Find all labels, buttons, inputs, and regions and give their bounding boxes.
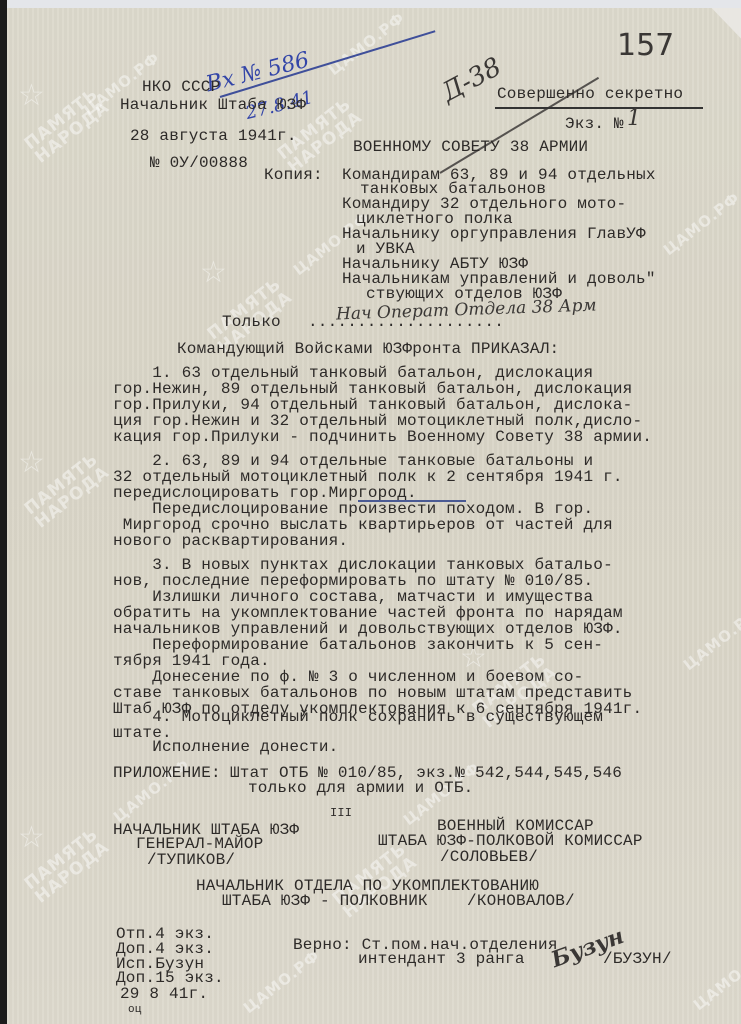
copy-label: Копия: [264, 166, 323, 184]
document-date: 28 августа 1941г. [130, 127, 297, 145]
org-line-1: НКО СССР [142, 78, 220, 96]
document-number: № 0У/00888 [150, 154, 248, 172]
scan-border-top [0, 0, 741, 8]
star-icon: ☆ [18, 445, 45, 480]
star-icon: ☆ [200, 255, 227, 290]
signature-center-rank: ШТАБА ЮЗФ - ПОЛКОВНИК /КОНОВАЛОВ/ [222, 892, 575, 910]
copy-number: 1 [627, 106, 641, 131]
page-number: 157 [617, 28, 674, 63]
order-line: нового расквартирования. [113, 532, 348, 550]
org-line-2: Начальник Штаба ЮЗФ [120, 96, 306, 114]
star-icon: ☆ [18, 820, 45, 855]
star-icon: ☆ [18, 78, 45, 113]
clerk-mark: оц [128, 1004, 142, 1016]
order-line: Исполнение донести. [113, 738, 338, 756]
verified-line-2: интендант 3 ранга /БУЗУН/ [358, 950, 672, 968]
order-preamble: Командующий Войсками ЮЗФронта ПРИКАЗАЛ: [177, 340, 559, 358]
classification-rule [495, 107, 703, 109]
order-line: 4. Мотоциклетный полк сохранить в сущест… [113, 708, 603, 726]
copy-label: Экз. № [565, 115, 624, 133]
distribution-date: 29 8 41г. [120, 985, 208, 1003]
classification: Совершенно секретно [497, 85, 683, 103]
only-label: Только [222, 313, 281, 331]
order-line: кация гор.Прилуки - подчинить Военному С… [113, 428, 652, 446]
signature-left-name: /ТУПИКОВ/ [147, 851, 235, 869]
scan-border-left [0, 0, 7, 1024]
appendix-label: ПРИЛОЖЕНИЕ: [113, 764, 221, 782]
stamp-mark: III [330, 806, 352, 820]
signature-right-name: /СОЛОВЬЕВ/ [440, 848, 538, 866]
appendix-line-2: только для армии и ОТБ. [248, 779, 473, 797]
addressee-main: ВОЕННОМУ СОВЕТУ 38 АРМИИ [353, 138, 588, 156]
